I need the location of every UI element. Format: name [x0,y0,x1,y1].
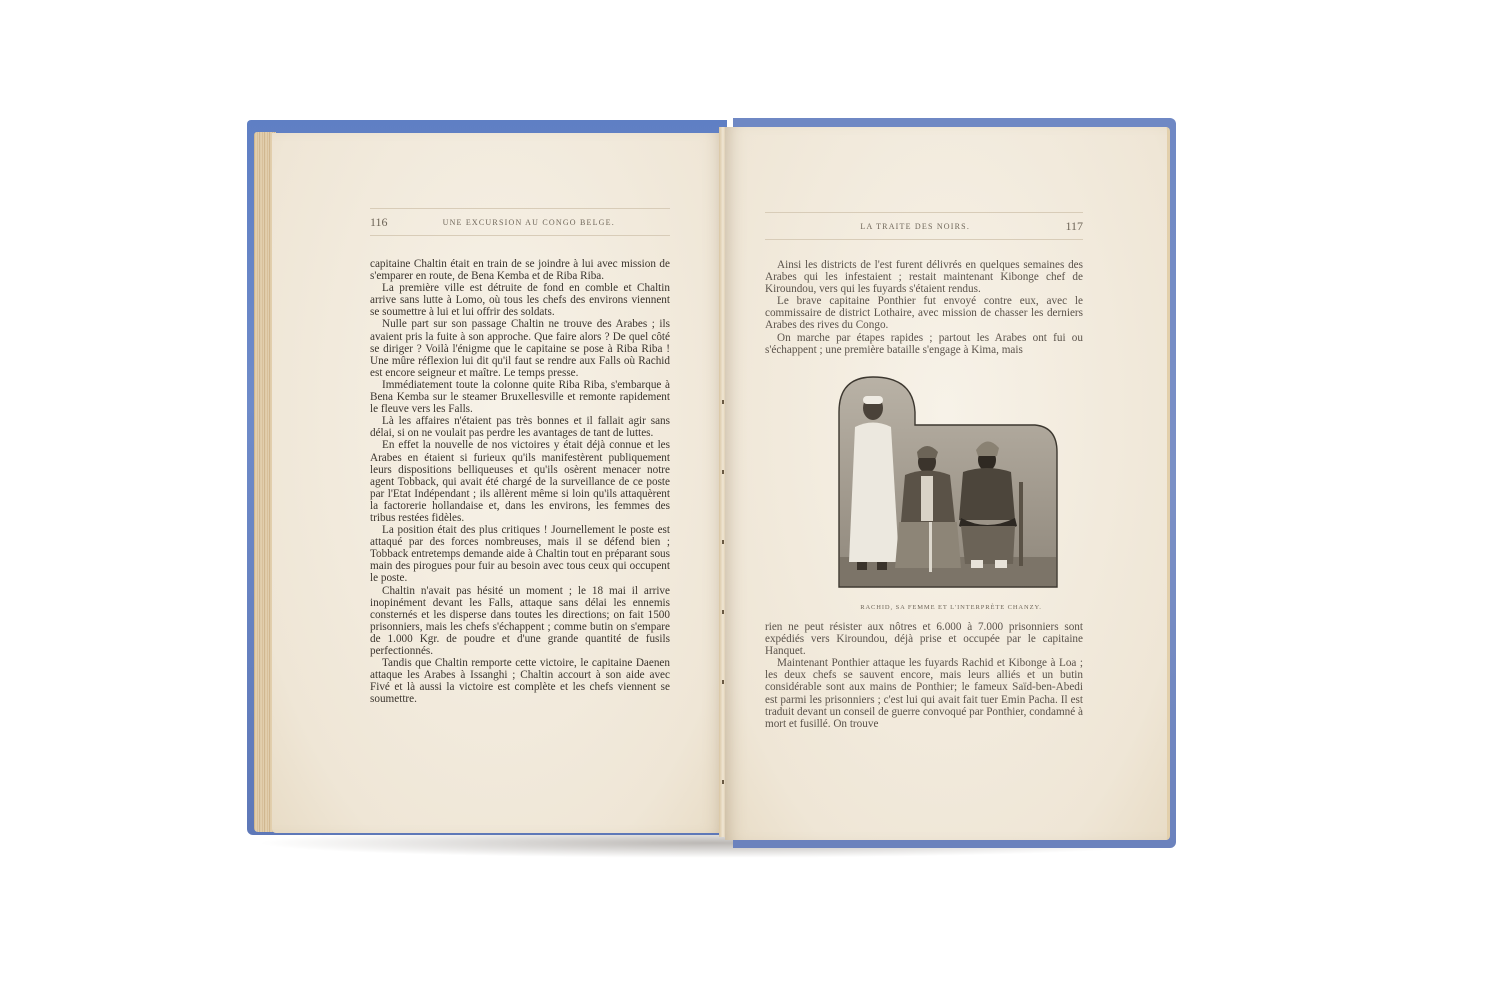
paragraph: capitaine Chaltin était en train de se j… [370,258,670,282]
binding-stitch [722,470,724,474]
paragraph: rien ne peut résister aux nôtres et 6.00… [765,621,1083,657]
paragraph: On marche par étapes rapides ; partout l… [765,332,1083,356]
right-running-header: LA TRAITE DES NOIRS. 117 [765,212,1083,240]
page-number: 117 [1065,219,1083,234]
figure-caption: RACHID, SA FEMME ET L'INTERPRÈTE CHANZY. [825,604,1077,611]
binding-stitch [722,680,724,684]
halftone-photo [835,372,1067,592]
running-title: UNE EXCURSION AU CONGO BELGE. [388,218,670,227]
right-body-text-top: Ainsi les districts de l'est furent déli… [765,259,1083,356]
binding-stitch [722,540,724,544]
left-body-text: capitaine Chaltin était en train de se j… [370,258,670,705]
right-page: LA TRAITE DES NOIRS. 117 Ainsi les distr… [725,127,1170,840]
photograph-figure [835,372,1067,592]
paragraph: Tandis que Chaltin remporte cette victoi… [370,657,670,705]
page-number: 116 [370,215,388,230]
running-title: LA TRAITE DES NOIRS. [765,222,1065,231]
paragraph: En effet la nouvelle de nos victoires y … [370,439,670,524]
left-running-header: 116 UNE EXCURSION AU CONGO BELGE. [370,208,670,236]
paragraph: Immédiatement toute la colonne quite Rib… [370,379,670,415]
right-body-text-bottom: rien ne peut résister aux nôtres et 6.00… [765,621,1083,730]
paragraph: La première ville est détruite de fond e… [370,282,670,318]
paragraph: Chaltin n'avait pas hésité un moment ; l… [370,585,670,658]
paragraph: Maintenant Ponthier attaque les fuyards … [765,657,1083,730]
binding-stitch [722,400,724,404]
paragraph: Ainsi les districts de l'est furent déli… [765,259,1083,295]
paragraph: Nulle part sur son passage Chaltin ne tr… [370,318,670,378]
left-page: 116 UNE EXCURSION AU CONGO BELGE. capita… [272,133,724,833]
paragraph: Là les affaires n'étaient pas très bonne… [370,415,670,439]
paragraph: La position était des plus critiques ! J… [370,524,670,584]
paragraph: Le brave capitaine Ponthier fut envoyé c… [765,295,1083,331]
binding-stitch [722,780,724,784]
open-book: 116 UNE EXCURSION AU CONGO BELGE. capita… [0,0,1500,1000]
binding-stitch [722,610,724,614]
